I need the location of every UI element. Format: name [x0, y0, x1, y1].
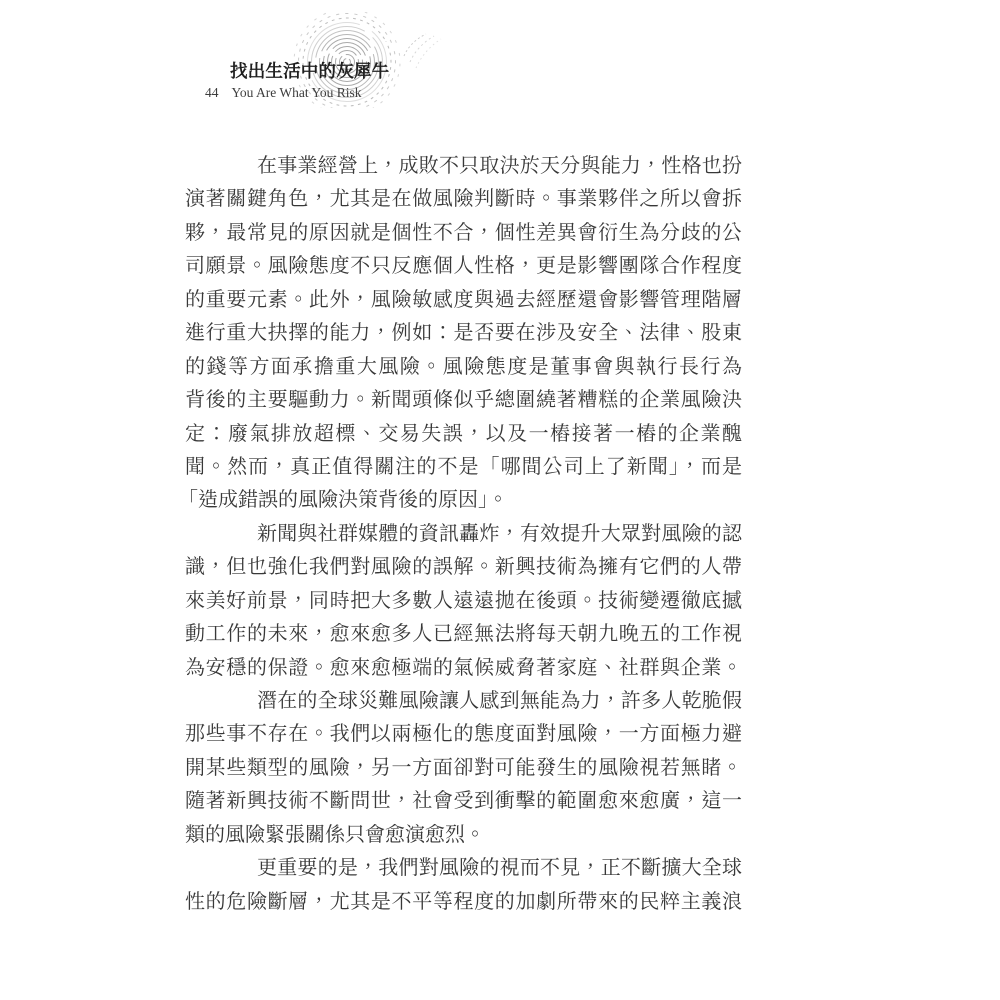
- text-line: 的錢等方面承擔重大風險。風險態度是董事會與執行長行為: [185, 351, 742, 384]
- text-line: 進行重大抉擇的能力，例如：是否要在涉及安全、法律、股東: [185, 317, 742, 350]
- text-line: 背後的主要驅動力。新聞頭條似乎總圍繞著糟糕的企業風險決: [185, 384, 742, 417]
- text-line: 類的風險緊張關係只會愈演愈烈。: [185, 819, 742, 852]
- text-line: 更重要的是，我們對風險的視而不見，正不斷擴大全球: [185, 852, 742, 885]
- text-line: 開某些類型的風險，另一方面卻對可能發生的風險視若無睹。: [185, 752, 742, 785]
- text-line: 演著關鍵角色，尤其是在做風險判斷時。事業夥伴之所以會拆: [185, 183, 742, 216]
- text-line: 潛在的全球災難風險讓人感到無能為力，許多人乾脆假裝: [185, 685, 742, 718]
- text-line: 的重要元素。此外，風險敏感度與過去經歷還會影響管理階層: [185, 284, 742, 317]
- text-line: 聞。然而，真正值得關注的不是「哪間公司上了新聞」，而是: [185, 451, 742, 484]
- text-line: 來美好前景，同時把大多數人遠遠拋在後頭。技術變遷徹底撼: [185, 585, 742, 618]
- body-text: 在事業經營上，成敗不只取決於天分與能力，性格也扮演著關鍵角色，尤其是在做風險判斷…: [185, 150, 742, 919]
- text-line: 在事業經營上，成敗不只取決於天分與能力，性格也扮: [185, 150, 742, 183]
- page-header: 找出生活中的灰犀牛 44 You Are What You Risk: [0, 0, 1000, 120]
- text-line: 司願景。風險態度不只反應個人性格，更是影響團隊合作程度: [185, 250, 742, 283]
- text-line: 定：廢氣排放超標、交易失誤，以及一樁接著一樁的企業醜: [185, 418, 742, 451]
- text-line: 隨著新興技術不斷問世，社會受到衝擊的範圍愈來愈廣，這一: [185, 785, 742, 818]
- header-meta: 44 You Are What You Risk: [205, 85, 362, 101]
- book-title: 找出生活中的灰犀牛: [230, 58, 389, 83]
- page-number: 44: [205, 85, 219, 101]
- text-line: 新聞與社群媒體的資訊轟炸，有效提升大眾對風險的認: [185, 518, 742, 551]
- text-line: 性的危險斷層，尤其是不平等程度的加劇所帶來的民粹主義浪: [185, 886, 742, 919]
- book-page: 找出生活中的灰犀牛 44 You Are What You Risk 在事業經營…: [0, 0, 1000, 1000]
- text-line: 為安穩的保證。愈來愈極端的氣候威脅著家庭、社群與企業。: [185, 652, 742, 685]
- book-subtitle: You Are What You Risk: [232, 85, 362, 101]
- text-line: 「造成錯誤的風險決策背後的原因」。: [185, 484, 742, 517]
- text-line: 夥，最常見的原因就是個性不合，個性差異會衍生為分歧的公: [185, 217, 742, 250]
- text-line: 識，但也強化我們對風險的誤解。新興技術為擁有它們的人帶: [185, 551, 742, 584]
- text-line: 動工作的未來，愈來愈多人已經無法將每天朝九晚五的工作視: [185, 618, 742, 651]
- text-line: 那些事不存在。我們以兩極化的態度面對風險，一方面極力避: [185, 718, 742, 751]
